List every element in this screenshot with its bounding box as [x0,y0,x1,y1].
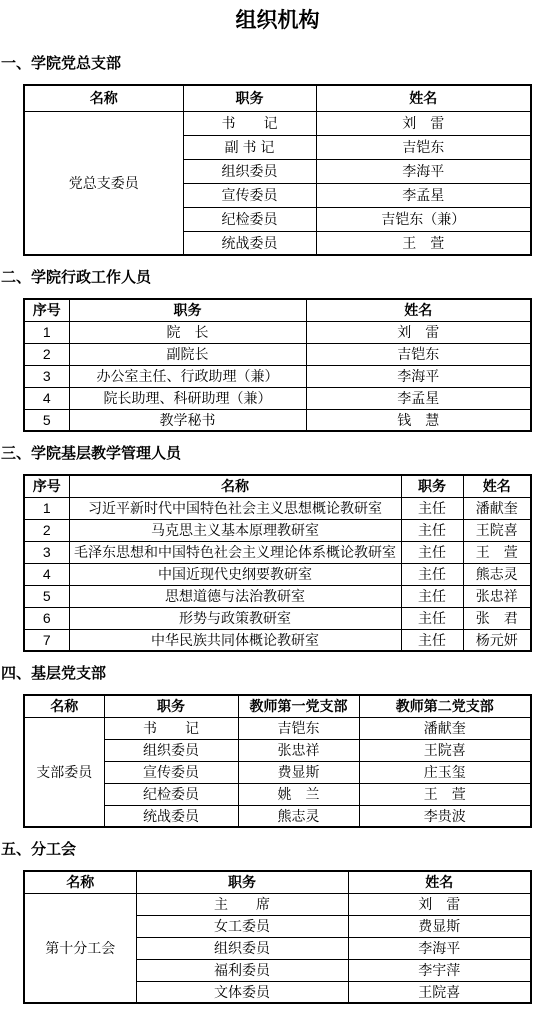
table-row: 第十分工会 主 席 刘 雷 [24,893,531,915]
post-cell: 书 记 [183,111,316,135]
branch2-cell: 潘献奎 [359,717,531,739]
table-row: 3 毛泽东思想和中国特色社会主义理论体系概论教研室 主任 王 萱 [24,541,531,563]
post-cell: 主任 [401,519,463,541]
column-header-post: 职务 [401,475,463,497]
branch1-cell: 姚 兰 [238,783,359,805]
table-row: 6 形势与政策教研室 主任 张 君 [24,607,531,629]
post-cell: 宣传委员 [183,183,316,207]
table-row: 1 院 长 刘 雷 [24,321,531,343]
no-cell: 4 [24,563,69,585]
no-cell: 1 [24,497,69,519]
name-cell: 熊志灵 [463,563,531,585]
section-heading-party-general-branch: 一、学院党总支部 [1,56,555,71]
post-cell: 办公室主任、行政助理（兼） [69,365,306,387]
table-row: 7 中华民族共同体概论教研室 主任 杨元妍 [24,629,531,651]
name-cell: 张忠祥 [463,585,531,607]
post-cell: 副 书 记 [183,135,316,159]
table-row: 2 副院长 吉铠东 [24,343,531,365]
column-header-branch2: 教师第二党支部 [359,695,531,717]
column-header-no: 序号 [24,475,69,497]
dept-cell: 形势与政策教研室 [69,607,401,629]
table-row: 党总支委员 书 记 刘 雷 [24,111,531,135]
union-table: 名称 职务 姓名 第十分工会 主 席 刘 雷 女工委员 费显斯 组织委员 李海平… [23,870,532,1004]
name-cell: 李海平 [316,159,531,183]
table-header-row: 序号 职务 姓名 [24,299,531,321]
name-cell: 刘 雷 [306,321,531,343]
column-header-no: 序号 [24,299,69,321]
post-cell: 主 席 [136,893,348,915]
column-header-person: 姓名 [348,871,531,893]
post-cell: 主任 [401,629,463,651]
name-cell: 刘 雷 [316,111,531,135]
name-cell: 潘献奎 [463,497,531,519]
branch2-cell: 王院喜 [359,739,531,761]
group-cell: 支部委员 [24,717,104,827]
dept-cell: 中华民族共同体概论教研室 [69,629,401,651]
column-header-person: 姓名 [316,85,531,111]
post-cell: 福利委员 [136,959,348,981]
party-general-branch-table: 名称 职务 姓名 党总支委员 书 记 刘 雷 副 书 记 吉铠东 组织委员 李海… [23,84,532,256]
post-cell: 院 长 [69,321,306,343]
post-cell: 宣传委员 [104,761,238,783]
name-cell: 李孟星 [306,387,531,409]
column-header-post: 职务 [183,85,316,111]
branch2-cell: 王 萱 [359,783,531,805]
name-cell: 李海平 [306,365,531,387]
no-cell: 5 [24,409,69,431]
column-header-branch1: 教师第一党支部 [238,695,359,717]
name-cell: 王 萱 [316,231,531,255]
teaching-mgmt-table: 序号 名称 职务 姓名 1 习近平新时代中国特色社会主义思想概论教研室 主任 潘… [23,474,532,652]
section-heading-union: 五、分工会 [1,842,555,857]
grassroots-branches-table: 名称 职务 教师第一党支部 教师第二党支部 支部委员 书 记 吉铠东 潘献奎 组… [23,694,532,828]
branch1-cell: 张忠祥 [238,739,359,761]
table-header-row: 名称 职务 教师第一党支部 教师第二党支部 [24,695,531,717]
dept-cell: 马克思主义基本原理教研室 [69,519,401,541]
post-cell: 主任 [401,497,463,519]
name-cell: 李宇萍 [348,959,531,981]
name-cell: 王院喜 [463,519,531,541]
branch2-cell: 李贵波 [359,805,531,827]
name-cell: 吉铠东 [306,343,531,365]
table-row: 5 教学秘书 钱 慧 [24,409,531,431]
post-cell: 统战委员 [104,805,238,827]
name-cell: 吉铠东 [316,135,531,159]
post-cell: 统战委员 [183,231,316,255]
column-header-person: 姓名 [306,299,531,321]
column-header-name: 名称 [69,475,401,497]
no-cell: 4 [24,387,69,409]
column-header-name: 名称 [24,85,183,111]
table-row: 4 院长助理、科研助理（兼） 李孟星 [24,387,531,409]
name-cell: 杨元妍 [463,629,531,651]
name-cell: 王 萱 [463,541,531,563]
post-cell: 书 记 [104,717,238,739]
section-heading-teaching-mgmt: 三、学院基层教学管理人员 [1,446,555,461]
table-header-row: 序号 名称 职务 姓名 [24,475,531,497]
table-row: 1 习近平新时代中国特色社会主义思想概论教研室 主任 潘献奎 [24,497,531,519]
no-cell: 5 [24,585,69,607]
column-header-name: 名称 [24,871,136,893]
post-cell: 主任 [401,563,463,585]
table-row: 2 马克思主义基本原理教研室 主任 王院喜 [24,519,531,541]
dept-cell: 毛泽东思想和中国特色社会主义理论体系概论教研室 [69,541,401,563]
table-row: 5 思想道德与法治教研室 主任 张忠祥 [24,585,531,607]
post-cell: 主任 [401,585,463,607]
post-cell: 组织委员 [136,937,348,959]
no-cell: 7 [24,629,69,651]
branch1-cell: 吉铠东 [238,717,359,739]
group-cell: 党总支委员 [24,111,183,255]
name-cell: 李海平 [348,937,531,959]
post-cell: 文体委员 [136,981,348,1003]
post-cell: 组织委员 [104,739,238,761]
dept-cell: 思想道德与法治教研室 [69,585,401,607]
post-cell: 纪检委员 [104,783,238,805]
post-cell: 院长助理、科研助理（兼） [69,387,306,409]
name-cell: 张 君 [463,607,531,629]
no-cell: 3 [24,365,69,387]
table-header-row: 名称 职务 姓名 [24,871,531,893]
table-row: 3 办公室主任、行政助理（兼） 李海平 [24,365,531,387]
dept-cell: 习近平新时代中国特色社会主义思想概论教研室 [69,497,401,519]
document-page: 组织机构 一、学院党总支部 名称 职务 姓名 党总支委员 书 记 刘 雷 副 书… [0,0,555,1014]
column-header-post: 职务 [136,871,348,893]
dept-cell: 中国近现代史纲要教研室 [69,563,401,585]
column-header-name: 名称 [24,695,104,717]
section-heading-admin-staff: 二、学院行政工作人员 [1,270,555,285]
table-row: 4 中国近现代史纲要教研室 主任 熊志灵 [24,563,531,585]
post-cell: 副院长 [69,343,306,365]
no-cell: 2 [24,343,69,365]
name-cell: 钱 慧 [306,409,531,431]
name-cell: 费显斯 [348,915,531,937]
page-title: 组织机构 [0,10,555,31]
post-cell: 主任 [401,607,463,629]
name-cell: 王院喜 [348,981,531,1003]
post-cell: 组织委员 [183,159,316,183]
post-cell: 女工委员 [136,915,348,937]
post-cell: 教学秘书 [69,409,306,431]
name-cell: 刘 雷 [348,893,531,915]
no-cell: 1 [24,321,69,343]
table-header-row: 名称 职务 姓名 [24,85,531,111]
column-header-post: 职务 [69,299,306,321]
branch1-cell: 熊志灵 [238,805,359,827]
no-cell: 3 [24,541,69,563]
no-cell: 2 [24,519,69,541]
name-cell: 吉铠东（兼） [316,207,531,231]
column-header-post: 职务 [104,695,238,717]
table-row: 支部委员 书 记 吉铠东 潘献奎 [24,717,531,739]
name-cell: 李孟星 [316,183,531,207]
section-heading-grassroots-branches: 四、基层党支部 [1,666,555,681]
branch1-cell: 费显斯 [238,761,359,783]
post-cell: 纪检委员 [183,207,316,231]
post-cell: 主任 [401,541,463,563]
no-cell: 6 [24,607,69,629]
column-header-person: 姓名 [463,475,531,497]
admin-staff-table: 序号 职务 姓名 1 院 长 刘 雷 2 副院长 吉铠东 3 办公室主任、行政助… [23,298,532,432]
branch2-cell: 庄玉玺 [359,761,531,783]
group-cell: 第十分工会 [24,893,136,1003]
